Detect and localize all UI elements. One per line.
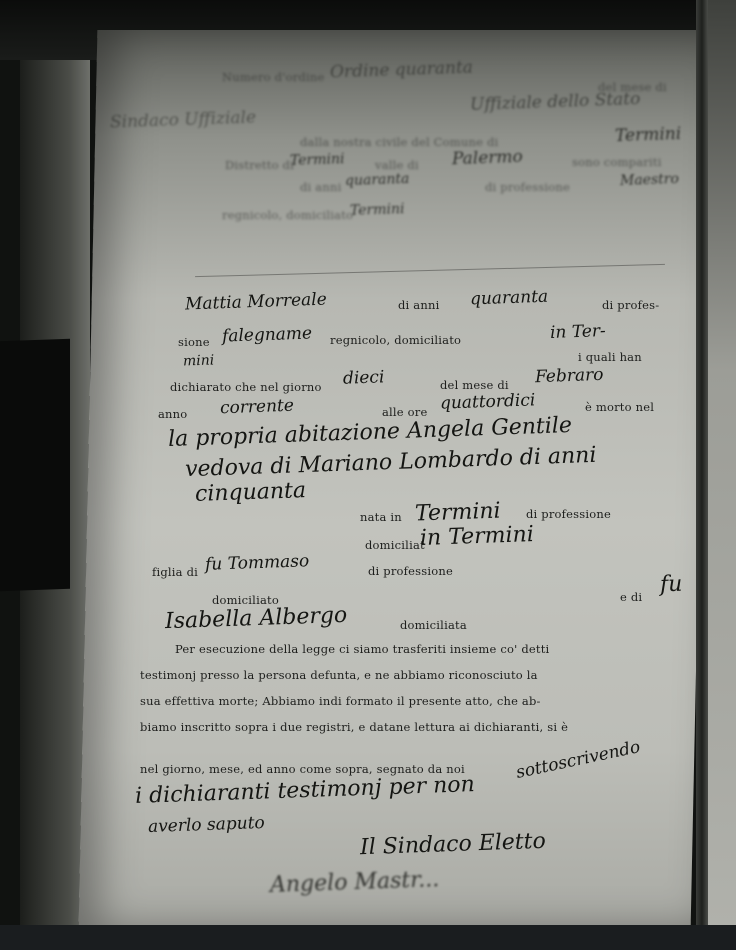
handwritten-age: quaranta	[470, 287, 549, 310]
book-gutter	[696, 0, 708, 935]
handwritten-day: dieci	[343, 367, 385, 388]
handwritten-year: corrente	[220, 396, 295, 419]
printed-hour-label: alle ore	[382, 405, 428, 419]
printed-domicile-label-3: domiciliata	[400, 618, 467, 632]
closing-line-4: biamo inscritto sopra i due registri, e …	[140, 720, 568, 734]
handwritten-month: Febraro	[535, 365, 604, 387]
printed-valley-label: valle di	[375, 158, 419, 172]
handwritten-domicile: in Ter-	[550, 321, 606, 343]
printed-domicile-label: domiciliat	[365, 538, 425, 552]
handwritten-age-line: cinquanta	[195, 478, 307, 507]
printed-age-label: di anni	[300, 180, 341, 194]
printed-year-label: anno	[158, 407, 187, 421]
printed-daughter-label: figlia di	[152, 565, 198, 579]
printed-who-have: i quali han	[578, 350, 642, 364]
handwritten-comune: Termini	[615, 124, 682, 146]
handwritten-domicile: Termini	[350, 201, 405, 219]
printed-district-label: Distretto di	[225, 158, 294, 172]
bottom-shadow	[0, 925, 736, 950]
handwritten-profession: falegname	[222, 323, 313, 346]
printed-declared: dichiarato che nel giorno	[170, 380, 322, 394]
printed-profession-label: di professione	[485, 180, 570, 194]
closing-line-2: testimonj presso la persona defunta, e n…	[140, 668, 538, 682]
printed-age-label: di anni	[398, 298, 439, 312]
handwritten-valley: Palermo	[452, 147, 523, 169]
handwritten-closing-3: averlo saputo	[148, 813, 265, 837]
facing-page-edge	[708, 0, 736, 925]
printed-month-label: del mese di	[440, 378, 509, 392]
printed-profession-label: di professione	[526, 507, 611, 521]
handwritten-profession: Maestro	[620, 171, 679, 189]
handwritten-domicile-cont: mini	[183, 352, 215, 369]
printed-appeared-label: sono compariti	[572, 155, 662, 169]
handwritten-birthplace: Termini	[415, 499, 501, 527]
printed-number-label: Numero d'ordine	[222, 70, 324, 84]
binding-clip	[0, 339, 70, 591]
handwritten-hour: quattordici	[440, 390, 536, 413]
printed-nationality: regnicolo, domiciliato	[330, 333, 461, 347]
handwritten-domicile: in Termini	[420, 522, 535, 551]
printed-civil-line: dalla nostra civile del Comune di	[300, 135, 498, 149]
handwritten-mother-prefix: fu	[660, 572, 683, 598]
printed-profession-label: di profes-	[602, 298, 659, 312]
closing-line-1: Per esecuzione della legge ci siamo tras…	[175, 642, 549, 656]
printed-profession-label-2: di professione	[368, 564, 453, 578]
printed-profession-cont: sione	[178, 335, 210, 349]
handwritten-district: Termini	[290, 151, 345, 169]
printed-and-of: e di	[620, 590, 642, 604]
closing-line-3: sua effettiva morte; Abbiamo indi format…	[140, 694, 541, 708]
handwritten-age: quaranta	[345, 171, 410, 189]
handwritten-father: fu Tommaso	[205, 551, 310, 575]
printed-died-label: è morto nel	[585, 400, 654, 414]
printed-domicile-label: regnicolo, domiciliato	[222, 208, 353, 222]
printed-born-label: nata in	[360, 510, 402, 524]
